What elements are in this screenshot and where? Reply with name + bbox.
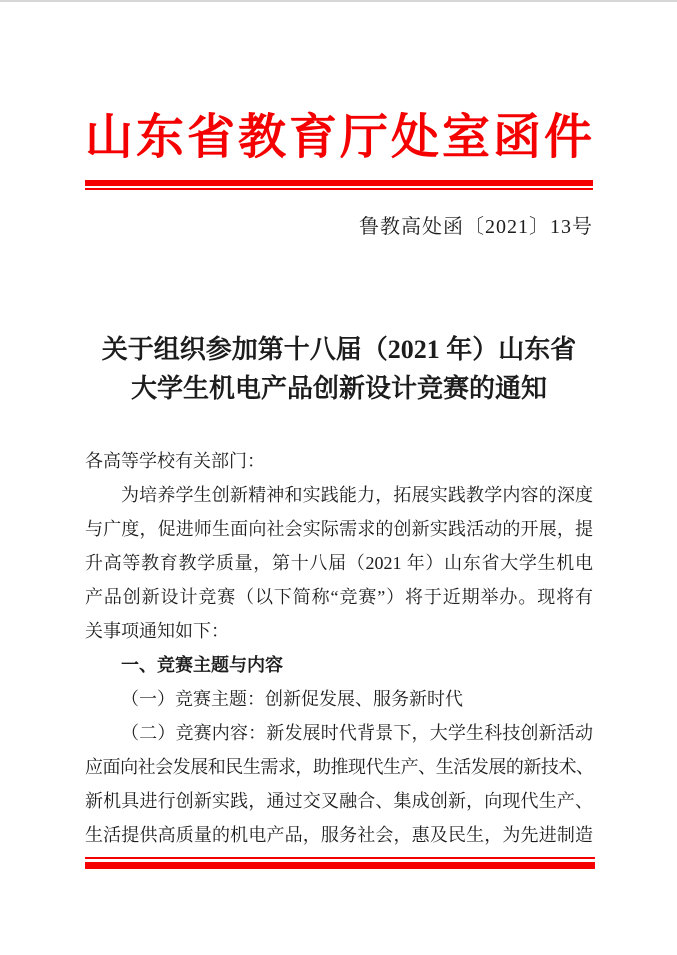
body-line: 关事项通知如下： (85, 614, 593, 648)
divider-thick-line (85, 862, 595, 869)
footer-divider (85, 857, 595, 869)
document-page: 山东省教育厅处室函件 鲁教高处函〔2021〕13号 关于组织参加第十八届（202… (0, 0, 677, 955)
divider-thin-line (85, 188, 593, 190)
divider-thick-line (85, 180, 593, 186)
notice-title-line-1: 关于组织参加第十八届（2021 年）山东省 (85, 330, 593, 369)
body-line: 产品创新设计竞赛（以下简称“竞赛”）将于近期举办。现将有 (85, 580, 593, 614)
salutation-line: 各高等学校有关部门： (85, 444, 593, 478)
body-line: 生活提供高质量的机电产品，服务社会，惠及民生，为先进制造 (85, 818, 593, 852)
body-line: 为培养学生创新精神和实践能力，拓展实践教学内容的深度 (85, 478, 593, 512)
body-line: 与广度，促进师生面向社会实际需求的创新实践活动的开展，提 (85, 512, 593, 546)
page-top-edge-line (0, 0, 677, 2)
letterhead-title: 山东省教育厅处室函件 (85, 108, 593, 168)
document-body: 各高等学校有关部门： 为培养学生创新精神和实践能力，拓展实践教学内容的深度 与广… (85, 444, 593, 852)
notice-title: 关于组织参加第十八届（2021 年）山东省 大学生机电产品创新设计竞赛的通知 (85, 330, 593, 408)
notice-title-line-2: 大学生机电产品创新设计竞赛的通知 (85, 369, 593, 408)
body-line: 新机具进行创新实践，通过交叉融合、集成创新，向现代生产、 (85, 784, 593, 818)
document-number: 鲁教高处函〔2021〕13号 (359, 210, 593, 239)
letterhead-divider (85, 180, 593, 190)
body-line: 应面向社会发展和民生需求，助推现代生产、生活发展的新技术、 (85, 750, 593, 784)
body-line: 升高等教育教学质量，第十八届（2021 年）山东省大学生机电 (85, 546, 593, 580)
section-heading: 一、竞赛主题与内容 (85, 648, 593, 682)
body-line: （二）竞赛内容：新发展时代背景下，大学生科技创新活动 (85, 716, 593, 750)
body-line: （一）竞赛主题：创新促发展、服务新时代 (85, 682, 593, 716)
divider-thin-line (85, 857, 595, 859)
